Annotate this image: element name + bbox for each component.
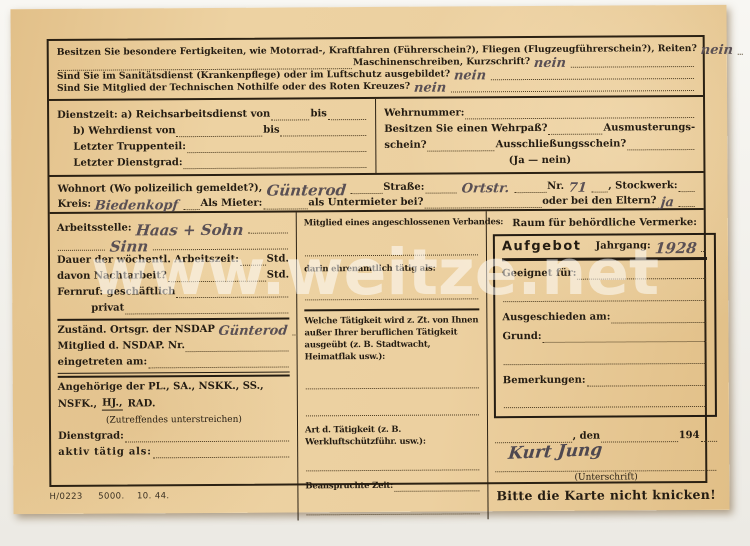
ja-nein-row: (Ja — nein) — [384, 154, 695, 168]
wehrdienst-row: b) Wehrdienst von bis — [73, 124, 367, 138]
ehrenamt-row: darin ehrenamtlich tätig als: — [304, 262, 479, 275]
ausgeschieden-row: Ausgeschieden am: — [502, 311, 708, 324]
eingetreten-label: eingetreten am: — [58, 356, 148, 369]
dotted-line — [184, 156, 367, 169]
knicken-warning: Bitte die Karte nicht knicken! — [494, 487, 718, 503]
skills-answer-handwritten: nein — [410, 83, 451, 95]
aufgebot-row: Aufgebot Jahrgang: 1928 — [502, 240, 708, 253]
dotted-line — [587, 374, 708, 387]
official-column: Raum für behördliche Vermerke: Aufgebot … — [487, 210, 724, 519]
dotted-line — [738, 43, 743, 55]
blank-row — [503, 352, 709, 365]
residence-section: Wohnort (Wo polizeilich gemeldet?), Günt… — [49, 173, 703, 214]
angehoerige-row-2: NSFK., HJ., RAD. — [58, 396, 290, 410]
dotted-line — [125, 429, 289, 442]
pl-dienstgrad-row: Dienstgrad: — [58, 429, 290, 442]
dotted-line — [611, 311, 707, 324]
blank-row — [305, 502, 480, 515]
arbeitszeit-label: Dauer der wöchentl. Arbeitszeit: — [57, 254, 239, 267]
bemerkungen-row: Bemerkungen: — [503, 374, 709, 387]
std-label: Std. — [267, 269, 289, 281]
unterstreichen-label: (Zutreffendes unterstreichen) — [106, 414, 242, 427]
dotted-line — [306, 376, 479, 389]
dotted-line — [153, 445, 290, 458]
dotted-line — [148, 355, 289, 368]
print-code: H/0223 5000. 10. 44. — [49, 491, 169, 502]
blank-row — [305, 403, 480, 416]
geeignet-row: Geeignet für: — [502, 267, 708, 280]
blank-row — [305, 458, 480, 471]
ausmusterung-label: Ausmusterungs- — [603, 122, 695, 135]
form-card: Besitzen Sie besondere Fertigkeiten, wie… — [10, 5, 729, 514]
wehrdienst-label: b) Wehrdienst von — [73, 125, 176, 138]
truppenteil-label: Letzter Truppenteil: — [73, 141, 186, 154]
dotted-line — [168, 270, 266, 283]
blank-row — [304, 287, 479, 300]
signature-row: Kurt Jung — [494, 459, 718, 472]
stockwerk-label: , Stockwerk: — [608, 180, 677, 192]
hausnummer-label: Nr. — [547, 181, 564, 193]
year-label: 194 — [679, 430, 700, 442]
wohnort-value-handwritten: Günterod — [262, 184, 351, 197]
dotted-line — [601, 430, 678, 442]
dotted-line — [577, 267, 706, 280]
verband-row: Mitglied eines angeschlossenen Verbandes… — [304, 216, 479, 229]
ja-nein-label: (Ja — nein) — [509, 155, 571, 167]
verband-label: Mitglied eines angeschlossenen Verbandes… — [304, 216, 504, 229]
aufgebot-box: Aufgebot Jahrgang: 1928 Geeignet für: — [493, 233, 718, 418]
ortsgruppe-label: Zuständ. Ortsgr. der NSDAP — [57, 324, 215, 337]
schein-row: schein? Ausschließungsschein? — [384, 138, 695, 152]
divider — [304, 308, 479, 311]
angehoerige-label: RAD. — [128, 398, 156, 410]
angehoerige-label: NSFK., — [58, 399, 97, 411]
scanned-photo: Besitzen Sie besondere Fertigkeiten, wie… — [0, 0, 750, 546]
divider — [57, 317, 289, 320]
rad-service-row: Dienstzeit: a) Reichsarbeitsdienst von b… — [57, 108, 367, 122]
nachtarbeit-label: davon Nachtarbeit? — [57, 270, 167, 283]
dotted-line — [542, 330, 707, 343]
kreis-value-handwritten: Biedenkopf — [91, 200, 184, 213]
dotted-line — [183, 198, 199, 210]
skills-section: Besitzen Sie besondere Fertigkeiten, wie… — [49, 37, 703, 101]
dotted-line — [515, 181, 547, 193]
angehoerige-label: Angehörige der PL., SA., NSKK., SS., — [58, 381, 264, 394]
zeit-label: Beanspruchte Zeit: — [305, 480, 393, 493]
dotted-line — [679, 195, 695, 207]
dienstgrad-row: Letzter Dienstgrad: — [73, 156, 367, 170]
bis-label: bis — [263, 125, 279, 137]
bemerkungen-label: Bemerkungen: — [503, 375, 586, 388]
angehoerige-hj-underlined: HJ., — [102, 398, 122, 411]
vermerke-header: Raum für behördliche Vermerke: — [493, 217, 717, 229]
wehrnummer-row: Wehrnummer: — [384, 106, 695, 120]
letzter-dienstgrad-label: Letzter Dienstgrad: — [73, 157, 182, 170]
strasse-value-handwritten: Ortstr. — [457, 183, 514, 195]
skills-label: Sind Sie Mitglied der Technischen Nothil… — [57, 81, 410, 95]
dotted-line — [306, 502, 479, 515]
activity-column: Mitglied eines angeschlossenen Verbandes… — [297, 211, 489, 520]
fernruf-label: Fernruf: geschäftlich — [57, 286, 175, 299]
dotted-line — [176, 286, 288, 299]
service-left-column: Dienstzeit: a) Reichsarbeitsdienst von b… — [49, 99, 376, 175]
main-section: Arbeitsstelle: Haas + Sohn Sinn Dauer de… — [50, 210, 706, 522]
skills-answer-handwritten: nein — [450, 70, 491, 82]
dotted-line — [153, 238, 288, 251]
dotted-line — [187, 140, 366, 153]
skills-label: Maschinenschreiben, Kurzschrift? — [353, 56, 530, 69]
dotted-line — [504, 395, 708, 408]
dotted-line — [281, 124, 367, 137]
wehrnummer-label: Wehrnummer: — [384, 107, 464, 119]
arbeitsstelle-row-2: Sinn — [57, 237, 289, 250]
zeit-row: Beanspruchte Zeit: — [305, 479, 480, 492]
divider — [502, 257, 707, 261]
ortsgruppe-value-handwritten: Günterod — [214, 325, 292, 337]
dotted-line — [248, 222, 288, 234]
service-section: Dienstzeit: a) Reichsarbeitsdienst von b… — [49, 97, 703, 177]
dotted-line — [58, 239, 105, 251]
privat-label: privat — [91, 303, 124, 315]
work-column: Arbeitsstelle: Haas + Sohn Sinn Dauer de… — [50, 212, 299, 522]
eingetreten-row: eingetreten am: — [58, 355, 290, 368]
hausnummer-value-handwritten: 71 — [564, 183, 591, 195]
ausgeschieden-label: Ausgeschieden am: — [502, 312, 610, 325]
dotted-line — [125, 302, 288, 315]
unterschrift-label: (Unterschrift) — [494, 472, 718, 483]
dotted-line — [425, 181, 457, 193]
dotted-line — [240, 254, 266, 266]
dotted-line — [305, 287, 478, 300]
std-label: Std. — [267, 253, 289, 265]
grund-label: Grund: — [502, 331, 541, 343]
dotted-line — [306, 458, 479, 471]
strasse-label: Straße: — [383, 182, 424, 194]
dotted-line — [394, 479, 479, 492]
eltern-value-handwritten: ja — [656, 197, 678, 209]
dotted-line — [305, 243, 478, 256]
geeignet-label: Geeignet für: — [502, 268, 576, 280]
dotted-line — [701, 240, 706, 252]
arbeitsstelle-label: Arbeitsstelle: — [57, 222, 132, 234]
fernruf-row: Fernruf: geschäftlich — [57, 285, 289, 298]
dotted-line — [306, 403, 479, 416]
pl-dienstgrad-label: Dienstgrad: — [58, 431, 124, 443]
aktiv-row: aktiv tätig als: — [58, 445, 290, 458]
arbeitsstelle-row: Arbeitsstelle: Haas + Sohn — [57, 221, 289, 234]
schein-label: schein? — [384, 140, 426, 152]
jahrgang-label: Jahrgang: — [595, 240, 650, 252]
dotted-line — [503, 289, 707, 302]
truppenteil-row: Letzter Truppenteil: — [73, 140, 367, 154]
ehrenamt-label: darin ehrenamtlich tätig als: — [304, 263, 436, 276]
dotted-line — [504, 352, 708, 365]
skills-answer-handwritten: nein — [530, 58, 571, 70]
arbeitsstelle-ort-handwritten: Sinn — [105, 240, 153, 252]
nsdap-nr-row: Mitglied d. NSDAP. Nr. — [57, 339, 289, 352]
dotted-line — [177, 125, 263, 138]
skills-line-4: Sind Sie Mitglied der Technischen Nothil… — [57, 79, 695, 95]
signature-handwritten: Kurt Jung — [508, 444, 603, 460]
dotted-line — [424, 196, 541, 209]
datum-row: , den 194 — [494, 430, 718, 443]
service-right-column: Wehrnummer: Besitzen Sie einen Wehrpaß? … — [376, 97, 703, 173]
double-divider — [58, 371, 290, 377]
wehrpass-label: Besitzen Sie einen Wehrpaß? — [384, 123, 547, 136]
wehrpass-row: Besitzen Sie einen Wehrpaß? Ausmusterung… — [384, 122, 695, 136]
bis-label: bis — [310, 108, 326, 120]
art-taetigkeit-label: Art d. Tätigkeit (z. B. Werkluftschützfü… — [305, 423, 480, 448]
dotted-line — [571, 55, 694, 68]
skills-answer-handwritten: nein — [696, 45, 737, 57]
nsdap-nr-label: Mitglied d. NSDAP. Nr. — [57, 340, 185, 353]
eltern-label: oder bei den Eltern? — [542, 195, 656, 208]
mieter-label: Als Mieter: — [200, 198, 262, 210]
privat-row: privat — [91, 301, 289, 314]
blank-row — [503, 395, 709, 408]
arbeitsstelle-value-handwritten: Haas + Sohn — [131, 224, 248, 237]
form-border: Besitzen Sie besondere Fertigkeiten, wie… — [47, 35, 708, 487]
dotted-line — [679, 180, 695, 192]
dotted-line — [548, 123, 602, 135]
nachtarbeit-row: davon Nachtarbeit? Std. — [57, 269, 289, 282]
wohnort-label: Wohnort (Wo polizeilich gemeldet?), — [58, 183, 263, 196]
arbeitszeit-row: Dauer der wöchentl. Arbeitszeit: Std. — [57, 253, 289, 266]
ausschliessung-label: Ausschließungsschein? — [496, 138, 627, 151]
ortsgruppe-row: Zuständ. Ortsgr. der NSDAP Günterod — [57, 323, 289, 336]
kreis-label: Kreis: — [58, 199, 92, 211]
wohnort-row: Wohnort (Wo polizeilich gemeldet?), Günt… — [58, 180, 696, 196]
dotted-line — [328, 108, 366, 120]
blank-row — [502, 289, 708, 302]
dotted-line — [271, 108, 309, 120]
blank-row — [304, 243, 479, 256]
dotted-line — [591, 181, 607, 193]
unterstreichen-row: (Zutreffendes unterstreichen) — [58, 413, 290, 426]
dotted-line — [351, 182, 383, 194]
angehoerige-row-1: Angehörige der PL., SA., NSKK., SS., — [58, 380, 290, 393]
dotted-line — [627, 138, 694, 150]
aktiv-label: aktiv tätig als: — [58, 446, 152, 459]
dotted-line — [701, 430, 717, 442]
kreis-row: Kreis: Biedenkopf Als Mieter: als Unterm… — [58, 195, 696, 211]
dotted-line — [465, 106, 694, 119]
blank-row — [305, 376, 480, 389]
aufgebot-title: Aufgebot — [502, 241, 582, 253]
taetigkeit-label: Welche Tätigkeit wird z. Zt. von Ihnen a… — [304, 314, 479, 363]
dotted-line — [428, 139, 495, 151]
dotted-line — [186, 339, 289, 352]
jahrgang-value-handwritten: 1928 — [650, 242, 701, 254]
grund-row: Grund: — [502, 330, 708, 343]
dienstzeit-label: Dienstzeit: a) Reichsarbeitsdienst von — [57, 109, 270, 122]
